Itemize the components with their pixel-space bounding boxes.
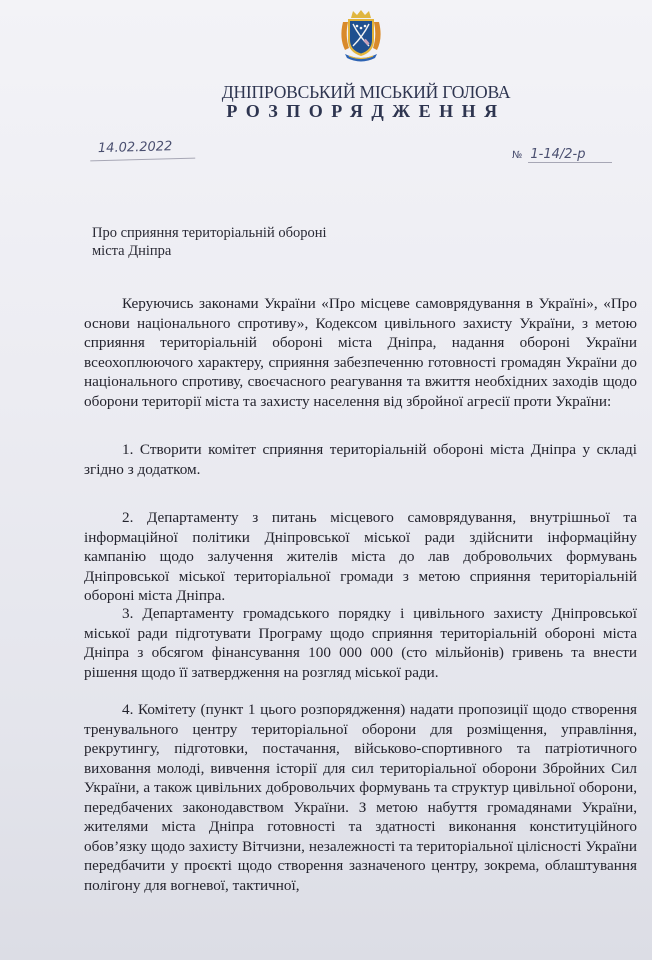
number-sign: № [512, 150, 522, 161]
document-date: 14.02.2022 [90, 139, 195, 162]
number-value: 1-14/2-р [528, 147, 612, 163]
document-number: №1-14/2-р [512, 147, 620, 167]
subject-line-1: Про сприяння територіальній обороні [92, 224, 327, 242]
issuer-title: ДНІПРОВСЬКИЙ МІСЬКИЙ ГОЛОВА [40, 82, 652, 103]
dnipro-coat-of-arms-icon [337, 8, 385, 64]
document-subject: Про сприяння територіальній обороні міст… [92, 224, 327, 260]
order-item-4: 4. Комітету (пункт 1 цього розпорядження… [84, 700, 637, 895]
subject-line-2: міста Дніпра [92, 242, 327, 260]
order-item-3: 3. Департаменту громадського порядку і ц… [84, 604, 637, 682]
order-item-2: 2. Департаменту з питань місцевого самов… [84, 508, 637, 606]
document-type-title: РОЗПОРЯДЖЕННЯ [40, 101, 652, 122]
document-page: ДНІПРОВСЬКИЙ МІСЬКИЙ ГОЛОВА РОЗПОРЯДЖЕНН… [0, 0, 652, 960]
intro-paragraph: Керуючись законами України «Про місцеве … [84, 294, 637, 411]
order-item-1: 1. Створити комітет сприяння територіаль… [84, 440, 637, 479]
